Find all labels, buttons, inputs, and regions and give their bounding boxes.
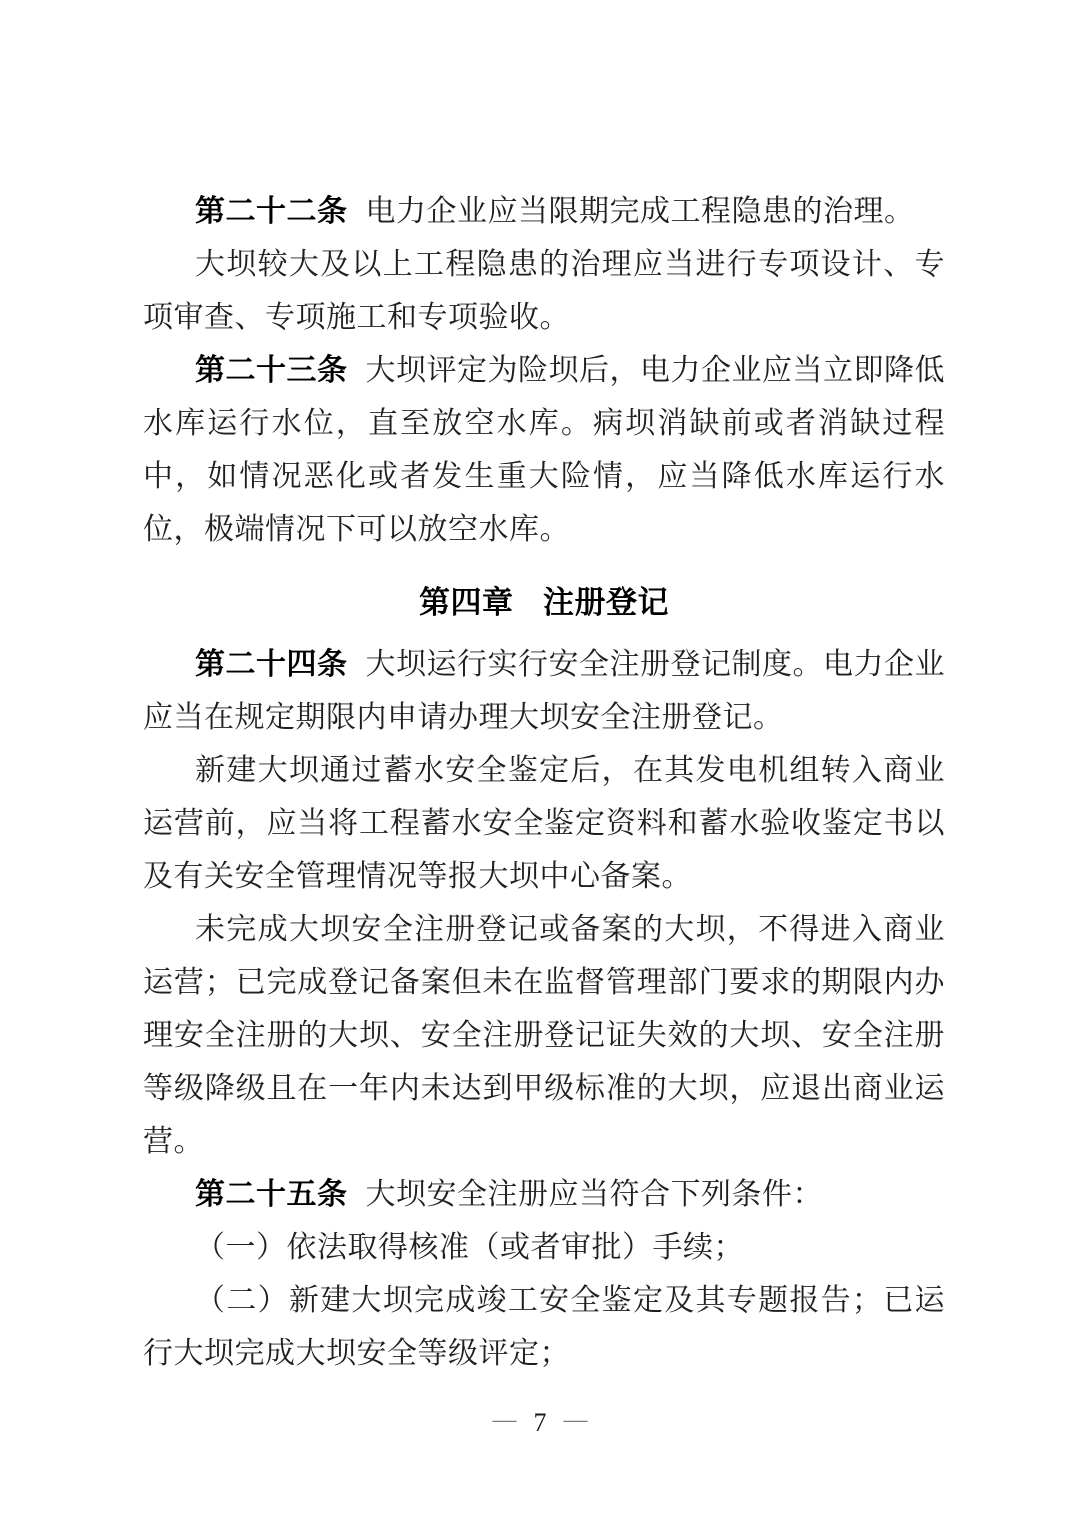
condition-item-1: （一）依法取得核准（或者审批）手续；: [143, 1221, 945, 1274]
footer-dash-left: —: [493, 1407, 517, 1433]
article-25-text: 大坝安全注册应当符合下列条件：: [366, 1178, 824, 1211]
article-24-paragraph: 第二十四条大坝运行实行安全注册登记制度。电力企业应当在规定期限内申请办理大坝安全…: [143, 638, 945, 744]
article-22-text: 电力企业应当限期完成工程隐患的治理。: [366, 195, 915, 228]
article-22-paragraph: 第二十二条电力企业应当限期完成工程隐患的治理。: [143, 185, 945, 238]
document-page: 第二十二条电力企业应当限期完成工程隐患的治理。 大坝较大及以上工程隐患的治理应当…: [0, 0, 1080, 1527]
chapter-4-title: 注册登记: [543, 585, 669, 620]
footer-page-number: 7: [534, 1408, 547, 1437]
article-23-paragraph: 第二十三条大坝评定为险坝后，电力企业应当立即降低水库运行水位，直至放空水库。病坝…: [143, 344, 945, 556]
footer-dash-right: —: [564, 1407, 588, 1433]
document-text-block: 第二十二条电力企业应当限期完成工程隐患的治理。 大坝较大及以上工程隐患的治理应当…: [143, 185, 945, 1380]
unregistered-dams-paragraph: 未完成大坝安全注册登记或备案的大坝，不得进入商业运营；已完成登记备案但未在监督管…: [143, 903, 945, 1168]
article-25-paragraph: 第二十五条大坝安全注册应当符合下列条件：: [143, 1168, 945, 1221]
condition-item-2: （二）新建大坝完成竣工安全鉴定及其专题报告；已运行大坝完成大坝安全等级评定；: [143, 1274, 945, 1380]
article-23-label: 第二十三条: [195, 354, 348, 387]
chapter-4-heading: 第四章注册登记: [143, 576, 945, 629]
article-24-label: 第二十四条: [195, 648, 348, 681]
article-22-label: 第二十二条: [195, 195, 348, 228]
chapter-4-number: 第四章: [419, 585, 514, 620]
article-25-label: 第二十五条: [195, 1178, 348, 1211]
page-number: —7—: [0, 1406, 1080, 1441]
hazard-treatment-paragraph: 大坝较大及以上工程隐患的治理应当进行专项设计、专项审查、专项施工和专项验收。: [143, 238, 945, 344]
new-dam-filing-paragraph: 新建大坝通过蓄水安全鉴定后，在其发电机组转入商业运营前，应当将工程蓄水安全鉴定资…: [143, 744, 945, 903]
